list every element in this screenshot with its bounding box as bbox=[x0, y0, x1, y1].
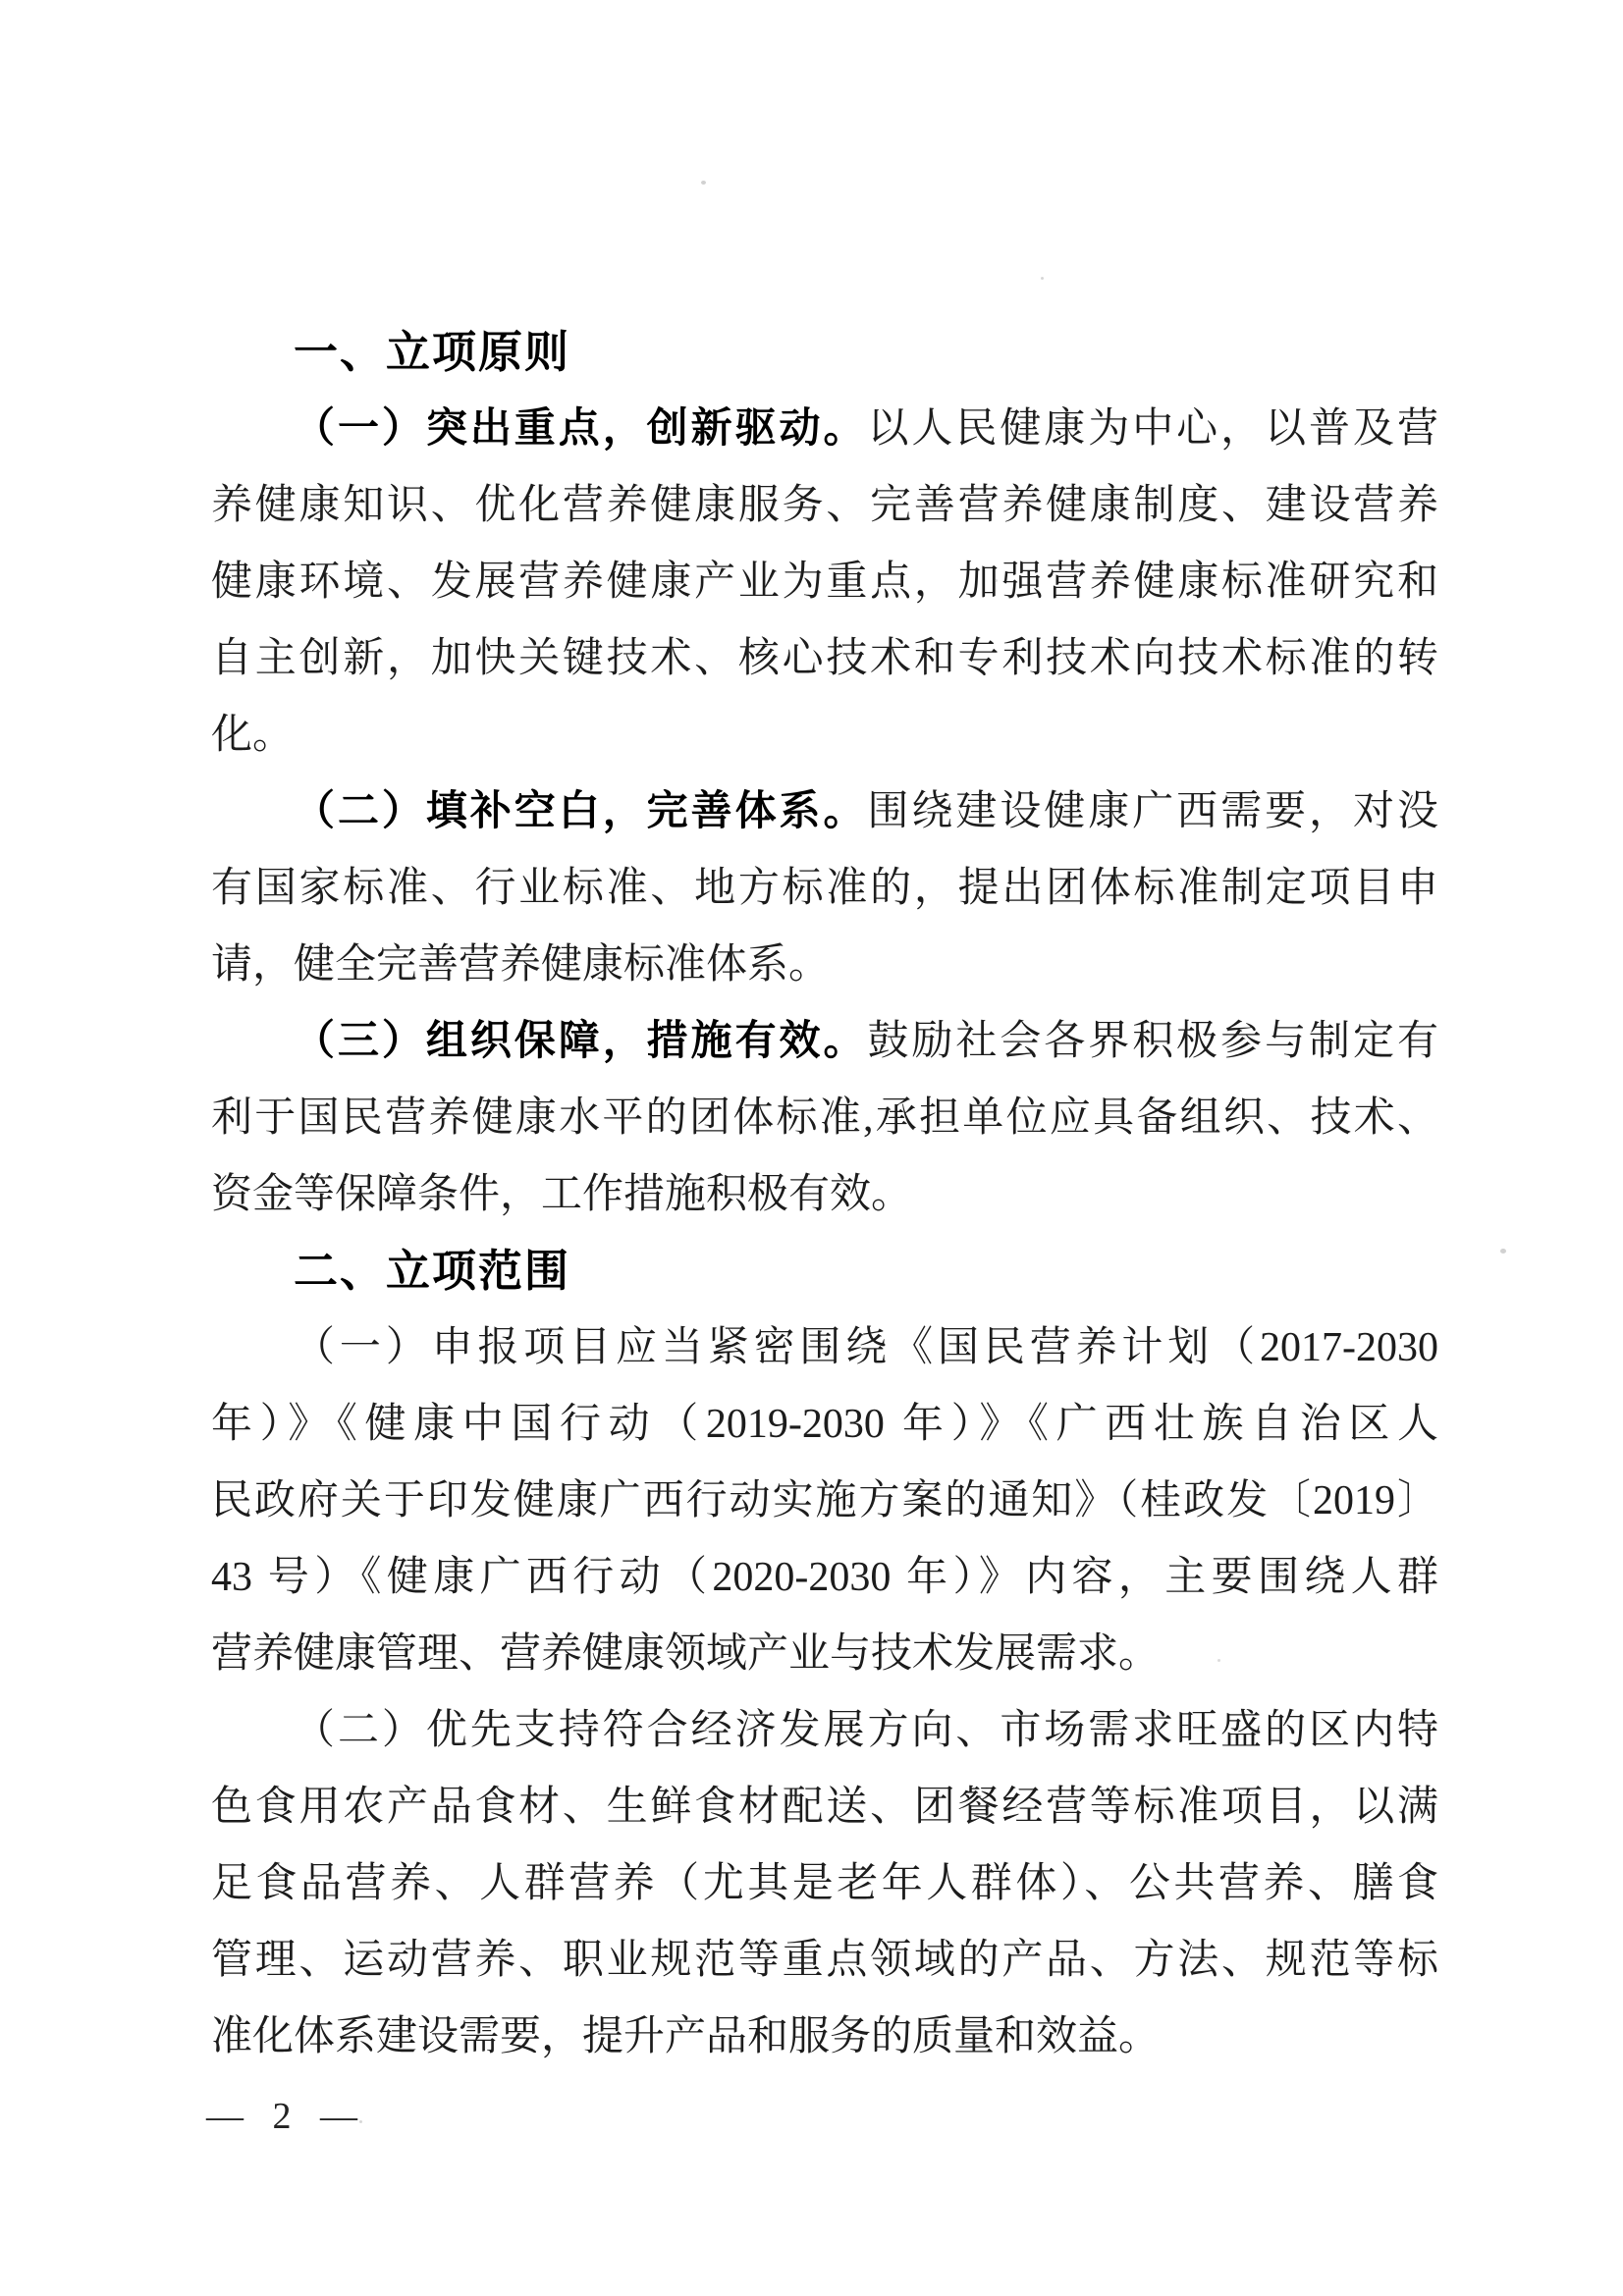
line-text: 43 号）《健康广西行动（2020-2030 年）》内容，主要围绕人群 bbox=[211, 1555, 1438, 1600]
line-text: 准化体系建设需要，提升产品和服务的质量和效益。 bbox=[211, 2014, 1160, 2059]
line-text: 色食用农产品食材、生鲜食材配送、团餐经营等标准项目，以满 bbox=[211, 1785, 1438, 1830]
scan-speckle bbox=[995, 579, 998, 582]
text-line: （二）优先支持符合经济发展方向、市场需求旺盛的区内特 bbox=[211, 1692, 1438, 1769]
scan-speckle bbox=[1217, 1659, 1220, 1662]
line-text: （二）优先支持符合经济发展方向、市场需求旺盛的区内特 bbox=[294, 1708, 1438, 1753]
line-text: 鼓励社会各界积极参与制定有 bbox=[867, 1019, 1438, 1064]
text-line: 自主创新，加快关键技术、核心技术和专利技术向技术标准的转 bbox=[211, 620, 1438, 697]
text-line: 民政府关于印发健康广西行动实施方案的通知》（桂政发〔2019〕 bbox=[211, 1463, 1438, 1539]
line-text: 请，健全完善营养健康标准体系。 bbox=[211, 942, 830, 988]
scan-speckle bbox=[1500, 1249, 1506, 1254]
line-text: 利于国民营养健康水平的团体标准,承担单位应具备组织、技术、 bbox=[211, 1095, 1438, 1141]
page-number: — 2 — bbox=[206, 2089, 367, 2144]
line-text: 营养健康管理、营养健康领域产业与技术发展需求。 bbox=[211, 1631, 1160, 1677]
text-line: 化。 bbox=[211, 697, 1438, 774]
document-page: 一、立项原则（一）突出重点，创新驱动。以人民健康为中心，以普及营养健康知识、优化… bbox=[0, 0, 1623, 2296]
line-text: 养健康知识、优化营养健康服务、完善营养健康制度、建设营养 bbox=[211, 483, 1438, 528]
text-line: （三）组织保障，措施有效。鼓励社会各界积极参与制定有 bbox=[211, 1003, 1438, 1080]
line-text: 以人民健康为中心，以普及营 bbox=[867, 406, 1438, 452]
document-body: 一、立项原则（一）突出重点，创新驱动。以人民健康为中心，以普及营养健康知识、优化… bbox=[211, 314, 1438, 2075]
line-text: 一、立项原则 bbox=[294, 327, 570, 377]
line-bold-lead: （二）填补空白，完善体系。 bbox=[294, 789, 867, 834]
text-line: 二、立项范围 bbox=[211, 1233, 1438, 1309]
text-line: 43 号）《健康广西行动（2020-2030 年）》内容，主要围绕人群 bbox=[211, 1539, 1438, 1616]
text-line: 管理、运动营养、职业规范等重点领域的产品、方法、规范等标 bbox=[211, 1922, 1438, 1999]
text-line: 足食品营养、人群营养（尤其是老年人群体）、公共营养、膳食 bbox=[211, 1845, 1438, 1922]
line-text: 年）》《健康中国行动（2019-2030 年）》《广西壮族自治区人 bbox=[211, 1402, 1438, 1447]
line-text: 有国家标准、行业标准、地方标准的，提出团体标准制定项目申 bbox=[211, 866, 1438, 911]
text-line: 一、立项原则 bbox=[211, 314, 1438, 391]
text-line: 营养健康管理、营养健康领域产业与技术发展需求。 bbox=[211, 1616, 1438, 1692]
line-text: 二、立项范围 bbox=[294, 1246, 570, 1296]
text-line: （一）申报项目应当紧密围绕《国民营养计划（2017-2030 bbox=[211, 1309, 1438, 1386]
scan-speckle bbox=[359, 2120, 362, 2123]
line-text: 资金等保障条件，工作措施积极有效。 bbox=[211, 1172, 912, 1217]
line-text: 足食品营养、人群营养（尤其是老年人群体）、公共营养、膳食 bbox=[211, 1861, 1438, 1906]
text-line: 养健康知识、优化营养健康服务、完善营养健康制度、建设营养 bbox=[211, 467, 1438, 544]
text-line: 利于国民营养健康水平的团体标准,承担单位应具备组织、技术、 bbox=[211, 1080, 1438, 1156]
text-line: （一）突出重点，创新驱动。以人民健康为中心，以普及营 bbox=[211, 391, 1438, 467]
scan-speckle bbox=[701, 181, 706, 185]
text-line: （二）填补空白，完善体系。围绕建设健康广西需要，对没 bbox=[211, 774, 1438, 850]
line-text: 民政府关于印发健康广西行动实施方案的通知》（桂政发〔2019〕 bbox=[211, 1478, 1438, 1523]
line-bold-lead: （三）组织保障，措施有效。 bbox=[294, 1019, 867, 1064]
line-text: 自主创新，加快关键技术、核心技术和专利技术向技术标准的转 bbox=[211, 636, 1438, 681]
text-line: 色食用农产品食材、生鲜食材配送、团餐经营等标准项目，以满 bbox=[211, 1769, 1438, 1845]
text-line: 资金等保障条件，工作措施积极有效。 bbox=[211, 1156, 1438, 1233]
line-text: 健康环境、发展营养健康产业为重点，加强营养健康标准研究和 bbox=[211, 560, 1438, 605]
text-line: 准化体系建设需要，提升产品和服务的质量和效益。 bbox=[211, 1999, 1438, 2075]
text-line: 有国家标准、行业标准、地方标准的，提出团体标准制定项目申 bbox=[211, 850, 1438, 927]
scan-speckle bbox=[1041, 277, 1044, 280]
line-text: 管理、运动营养、职业规范等重点领域的产品、方法、规范等标 bbox=[211, 1938, 1438, 1983]
text-line: 健康环境、发展营养健康产业为重点，加强营养健康标准研究和 bbox=[211, 544, 1438, 620]
line-text: 围绕建设健康广西需要，对没 bbox=[867, 789, 1438, 834]
line-bold-lead: （一）突出重点，创新驱动。 bbox=[294, 406, 867, 452]
line-text: 化。 bbox=[211, 713, 294, 758]
text-line: 年）》《健康中国行动（2019-2030 年）》《广西壮族自治区人 bbox=[211, 1386, 1438, 1463]
text-line: 请，健全完善营养健康标准体系。 bbox=[211, 927, 1438, 1003]
line-text: （一）申报项目应当紧密围绕《国民营养计划（2017-2030 bbox=[294, 1325, 1438, 1370]
